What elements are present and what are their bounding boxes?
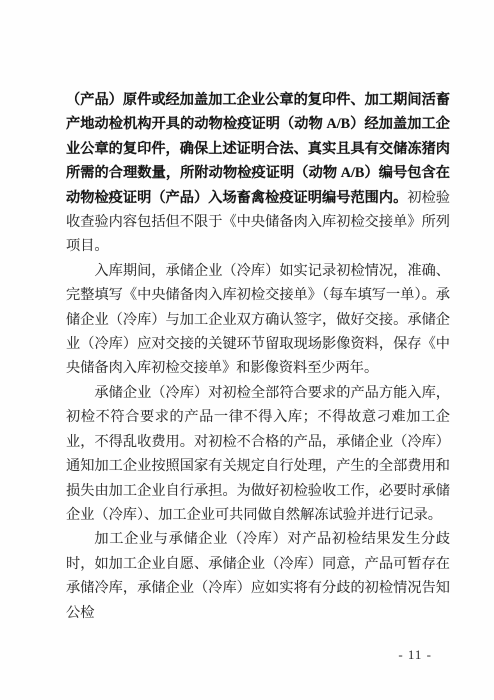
document-page: （产品）原件或经加盖加工企业公章的复印件、加工期间活畜产地动检机构开具的动物检疫… — [0, 0, 494, 700]
document-body: （产品）原件或经加盖加工企业公章的复印件、加工期间活畜产地动检机构开具的动物检疫… — [66, 88, 450, 625]
text-run: 入库期间，承储企业（冷库）如实记录初检情况，准确、完整填写《中央储备肉入库初检交… — [66, 263, 450, 377]
paragraph: （产品）原件或经加盖加工企业公章的复印件、加工期间活畜产地动检机构开具的动物检疫… — [66, 88, 450, 259]
bold-text-run: （产品）原件或经加盖加工企业公章的复印件、加工期间活畜产地动检机构开具的动物检疫… — [66, 92, 450, 206]
text-run: 承储企业（冷库）对初检全部符合要求的产品方能入库，初检不符合要求的产品一律不得入… — [66, 385, 450, 523]
paragraph: 承储企业（冷库）对初检全部符合要求的产品方能入库，初检不符合要求的产品一律不得入… — [66, 381, 450, 527]
page-number: - 11 - — [398, 647, 432, 663]
paragraph: 加工企业与承储企业（冷库）对产品初检结果发生分歧时，如加工企业自愿、承储企业（冷… — [66, 527, 450, 625]
text-run: 加工企业与承储企业（冷库）对产品初检结果发生分歧时，如加工企业自愿、承储企业（冷… — [66, 531, 450, 620]
paragraph: 入库期间，承储企业（冷库）如实记录初检情况，准确、完整填写《中央储备肉入库初检交… — [66, 259, 450, 381]
